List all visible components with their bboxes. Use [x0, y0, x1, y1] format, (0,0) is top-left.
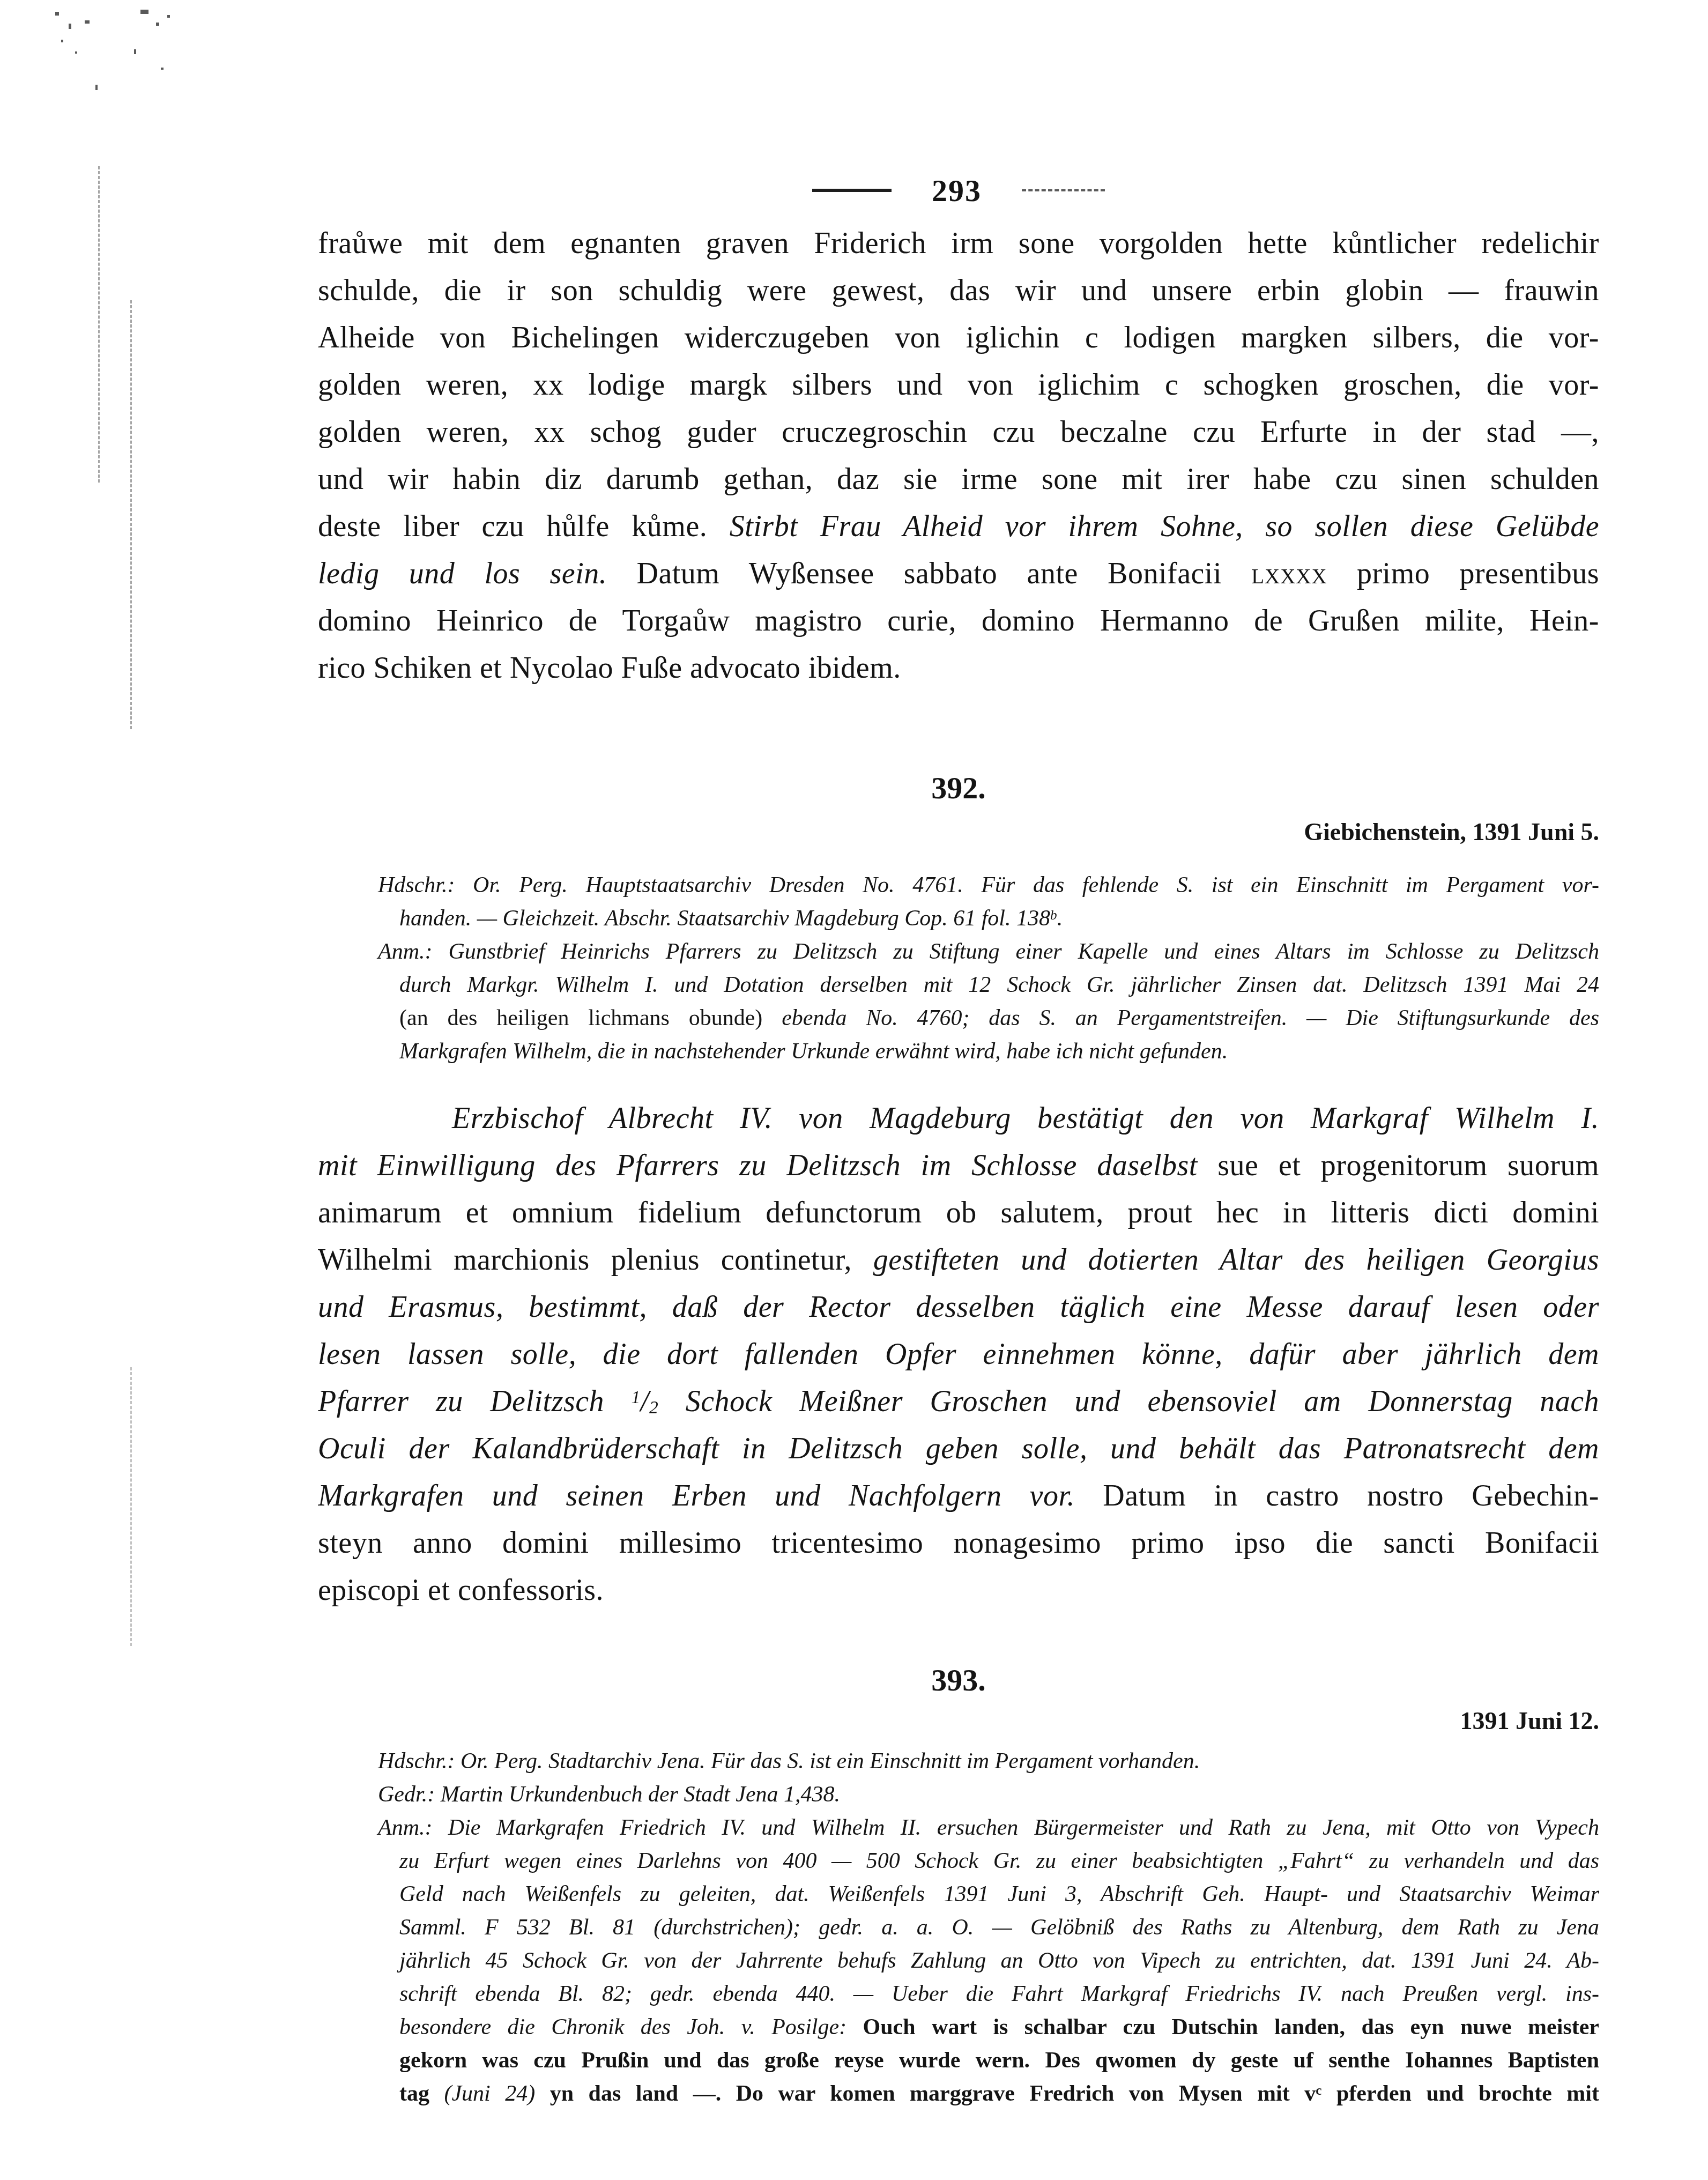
text-line: Erzbischof Albrecht IV. von Magdeburg be… [318, 1095, 1599, 1142]
note-line: 40besondere die Chronik des Joh. v. Posi… [318, 2011, 1599, 2044]
text-segment: Ouch wart is schalbar czu Dutschin lande… [863, 2015, 1599, 2040]
text-segment: ebenda No. 4760; das S. an Pergamentstre… [782, 1006, 1599, 1030]
text-segment: 392. [931, 770, 986, 805]
page-number: 293 [932, 173, 982, 209]
text-segment: lxxxx [1251, 557, 1327, 590]
scan-artifact [167, 15, 170, 18]
text-segment: episcopi et confessoris. [318, 1574, 604, 1607]
entry-393-date: 1391 Juni 12. [318, 1705, 1599, 1737]
scan-artifact [61, 40, 63, 42]
text-segment: Alheide von Bichelingen widerczugeben vo… [318, 321, 1599, 354]
text-segment: handen. — Gleichzeit. Abschr. Staatsarch… [399, 906, 1050, 931]
text-segment: Geld nach Weißenfels zu geleiten, dat. W… [399, 1882, 1599, 1907]
text-line: 25Pfarrer zu Delitzsch 1/2 Schock Meißne… [318, 1378, 1599, 1425]
scan-artifact [85, 20, 90, 24]
note-line: gekorn was czu Prußin und das große reys… [318, 2044, 1599, 2077]
note-line: 35zu Erfurt wegen eines Darlehns von 400… [318, 1844, 1599, 1878]
note-line: Anm.: Die Markgrafen Friedrich IV. und W… [318, 1811, 1599, 1844]
note-line: Hdschr.: Or. Perg. Stadtarchiv Jena. Für… [318, 1745, 1599, 1778]
scan-artifact [75, 51, 77, 54]
note-line: Samml. F 532 Bl. 81 (durchstrichen); ged… [318, 1911, 1599, 1944]
text-segment: (Juni 24) [444, 2081, 535, 2106]
text-segment: pferden und brochte mit [1321, 2081, 1599, 2106]
text-line: episcopi et confessoris. [318, 1567, 1599, 1614]
text-segment: golden weren, xx lodige margk silbers un… [318, 368, 1599, 402]
text-line: animarum et omnium fidelium defunctorum … [318, 1189, 1599, 1236]
entry-392-date-text: Giebichenstein, 1391 Juni 5. [318, 815, 1599, 849]
text-segment: c [1316, 2083, 1321, 2098]
page-header: 293 [318, 166, 1599, 214]
text-segment: Gedr.: Martin Urkundenbuch der Stadt Jen… [378, 1782, 840, 1807]
scan-artifact [130, 300, 132, 729]
text-line: steyn anno domini millesimo tricentesimo… [318, 1519, 1599, 1567]
text-segment: Markgrafen und seinen Erben und Nachfolg… [318, 1479, 1103, 1512]
text-line: deste liber czu hůlfe kůme. Stirbt Frau … [318, 503, 1599, 550]
text-line: 5golden weren, xx schog guder cruczegros… [318, 409, 1599, 456]
text-segment: schulde, die ir son schuldig were gewest… [318, 274, 1599, 307]
text-segment: Erzbischof Albrecht IV. von Magdeburg be… [452, 1102, 1599, 1135]
text-segment: sue et progenitorum suorum [1217, 1149, 1599, 1182]
text-line: schulde, die ir son schuldig were gewest… [318, 267, 1599, 314]
header-rule-left [812, 189, 892, 192]
text-segment: tag [399, 2081, 444, 2106]
text-segment: domino Heinrico de Torgaůw magistro curi… [318, 604, 1599, 637]
note-line: 15Anm.: Gunstbrief Heinrichs Pfarrers zu… [318, 935, 1599, 968]
text-segment: Oculi der Kalandbrüderschaft in Delitzsc… [318, 1432, 1599, 1465]
text-line: domino Heinrico de Torgaůw magistro curi… [318, 597, 1599, 644]
entry-392-heading-text: 392. [318, 761, 1599, 815]
text-segment: mit Einwilligung des Pfarrers zu Delitzs… [318, 1149, 1217, 1182]
text-segment: lesen lassen solle, die dort fallenden O… [318, 1338, 1599, 1371]
scan-artifact [134, 49, 136, 54]
text-line: und wir habin diz darumb gethan, daz sie… [318, 456, 1599, 503]
scan-artifact [161, 68, 164, 70]
text-segment: besondere die Chronik des Joh. v. Posilg… [399, 2015, 863, 2040]
note-line: handen. — Gleichzeit. Abschr. Staatsarch… [318, 902, 1599, 935]
scan-artifact [98, 166, 100, 483]
text-segment: Datum Wyßensee sabbato ante Bonifacii [637, 557, 1252, 590]
text-segment: 1391 Juni 12. [1460, 1707, 1599, 1734]
text-line: Alheide von Bichelingen widerczugeben vo… [318, 314, 1599, 361]
text-segment: und wir habin diz darumb gethan, daz sie… [318, 463, 1599, 496]
text-segment: jährlich 45 Schock Gr. von der Jahrrente… [399, 1948, 1599, 1973]
text-segment: Giebichenstein, 1391 Juni 5. [1304, 818, 1599, 846]
entry-393-heading-text: 30393. [318, 1656, 1599, 1705]
entry-392-heading: 392. [318, 761, 1599, 815]
text-line: 20mit Einwilligung des Pfarrers zu Delit… [318, 1142, 1599, 1189]
text-segment: Wilhelmi marchionis plenius continetur, [318, 1243, 873, 1277]
text-segment: rico Schiken et Nycolao Fuße advocato ib… [318, 651, 901, 685]
text-segment: gestifteten und dotierten Altar des heil… [873, 1243, 1599, 1277]
note-line: tag (Juni 24) yn das land —. Do war kome… [318, 2077, 1599, 2110]
text-segment: zu Erfurt wegen eines Darlehns von 400 —… [399, 1849, 1599, 1873]
text-segment: Anm.: Gunstbrief Heinrichs Pfarrers zu D… [378, 939, 1599, 964]
scan-artifact [156, 23, 159, 26]
entry-393-date-text: 1391 Juni 12. [318, 1705, 1599, 1737]
note-line: Gedr.: Martin Urkundenbuch der Stadt Jen… [318, 1778, 1599, 1811]
text-segment: durch Markgr. Wilhelm I. und Dotation de… [399, 973, 1599, 997]
continuation-paragraph: fraůwe mit dem egnanten graven Friderich… [318, 220, 1599, 692]
text-line: 10rico Schiken et Nycolao Fuße advocato … [318, 644, 1599, 692]
scan-artifact [69, 24, 71, 29]
text-segment: 393. [931, 1663, 986, 1697]
text-segment: Schock Meißner Groschen und ebensoviel a… [658, 1385, 1599, 1418]
entry-393-notes: Hdschr.: Or. Perg. Stadtarchiv Jena. Für… [318, 1745, 1599, 2110]
text-segment: primo presentibus [1327, 557, 1599, 590]
text-segment: b [1050, 908, 1057, 923]
text-segment: steyn anno domini millesimo tricentesimo… [318, 1526, 1599, 1560]
text-segment: fraůwe mit dem egnanten graven Friderich… [318, 227, 1599, 260]
text-line: und Erasmus, bestimmt, daß der Rector de… [318, 1284, 1599, 1331]
text-segment: animarum et omnium fidelium defunctorum … [318, 1196, 1599, 1229]
text-segment: 1 [632, 1388, 641, 1407]
text-segment: Markgrafen Wilhelm, die in nachstehender… [399, 1039, 1228, 1064]
text-segment: Samml. F 532 Bl. 81 (durchstrichen); ged… [399, 1915, 1599, 1940]
note-line: Hdschr.: Or. Perg. Hauptstaatsarchiv Dre… [318, 869, 1599, 902]
scan-artifact [95, 85, 98, 90]
text-column: 293 fraůwe mit dem egnanten graven Fride… [318, 166, 1599, 2110]
entry-393-heading: 30393. [318, 1656, 1599, 1705]
scan-artifact [140, 10, 148, 14]
entry-392-notes: Hdschr.: Or. Perg. Hauptstaatsarchiv Dre… [318, 869, 1599, 1068]
text-segment: ledig und los sein. [318, 557, 637, 590]
text-line: golden weren, xx lodige margk silbers un… [318, 361, 1599, 409]
text-segment: 2 [649, 1398, 658, 1418]
note-line: durch Markgr. Wilhelm I. und Dotation de… [318, 968, 1599, 1002]
text-line: Oculi der Kalandbrüderschaft in Delitzsc… [318, 1425, 1599, 1472]
note-line: Markgrafen Wilhelm, die in nachstehender… [318, 1035, 1599, 1068]
text-segment: yn das land —. Do war komen marggrave Fr… [535, 2081, 1316, 2106]
note-line: Geld nach Weißenfels zu geleiten, dat. W… [318, 1878, 1599, 1911]
text-segment: (an des heiligen lichmans obunde) [399, 1006, 782, 1030]
text-segment: gekorn was czu Prußin und das große reys… [399, 2048, 1599, 2073]
text-segment: Datum in castro nostro Gebechin- [1103, 1479, 1599, 1512]
text-line: fraůwe mit dem egnanten graven Friderich… [318, 220, 1599, 267]
scan-artifact [55, 12, 59, 16]
note-line: schrift ebenda Bl. 82; gedr. ebenda 440.… [318, 1977, 1599, 2011]
text-line: Wilhelmi marchionis plenius continetur, … [318, 1236, 1599, 1284]
text-segment: schrift ebenda Bl. 82; gedr. ebenda 440.… [399, 1982, 1599, 2006]
document-sections: fraůwe mit dem egnanten graven Friderich… [318, 220, 1599, 2110]
text-segment: Pfarrer zu Delitzsch [318, 1385, 632, 1418]
scan-artifact [130, 1367, 132, 1646]
note-line: (an des heiligen lichmans obunde) ebenda… [318, 1002, 1599, 1035]
text-segment: deste liber czu hůlfe kůme. [318, 510, 730, 543]
text-line: lesen lassen solle, die dort fallenden O… [318, 1331, 1599, 1378]
text-segment: Hdschr.: Or. Perg. Stadtarchiv Jena. Für… [378, 1749, 1200, 1774]
text-segment: und Erasmus, bestimmt, daß der Rector de… [318, 1291, 1599, 1324]
text-segment: Hdschr.: Or. Perg. Hauptstaatsarchiv Dre… [378, 873, 1599, 898]
note-line: jährlich 45 Schock Gr. von der Jahrrente… [318, 1944, 1599, 1977]
text-segment: Stirbt Frau Alheid vor ihrem Sohne, so s… [730, 510, 1599, 543]
text-line: ledig und los sein. Datum Wyßensee sabba… [318, 550, 1599, 597]
text-segment: Anm.: Die Markgrafen Friedrich IV. und W… [378, 1815, 1599, 1840]
text-segment: / [641, 1385, 649, 1418]
header-rule-right [1022, 189, 1105, 191]
text-segment: golden weren, xx schog guder cruczegrosc… [318, 416, 1599, 449]
entry-392-body: Erzbischof Albrecht IV. von Magdeburg be… [318, 1095, 1599, 1614]
scanned-book-page: 293 fraůwe mit dem egnanten graven Fride… [0, 0, 1708, 2180]
entry-392-date: Giebichenstein, 1391 Juni 5. [318, 815, 1599, 849]
text-segment: . [1057, 906, 1063, 931]
text-line: Markgrafen und seinen Erben und Nachfolg… [318, 1472, 1599, 1519]
